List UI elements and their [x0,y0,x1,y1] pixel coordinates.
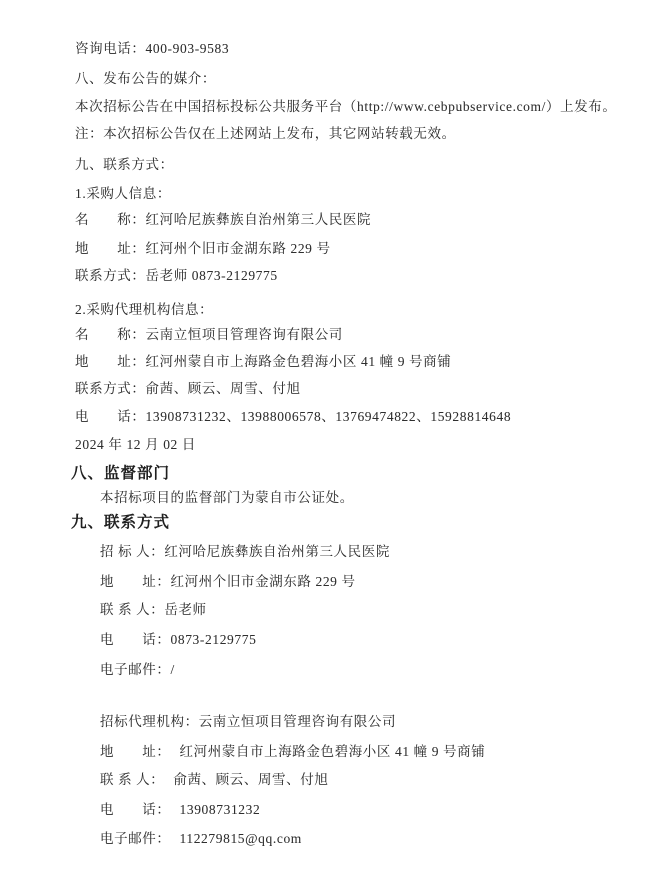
agency-address-row: 地 址：红河州蒙自市上海路金色碧海小区 41 幢 9 号商铺 [75,353,597,371]
document-page: 咨询电话：400-903-9583 八、发布公告的媒介： 本次招标公告在中国招标… [0,0,652,881]
field-value: 红河州个旧市金湖东路 229 号 [146,241,331,256]
field-label: 电子邮件： [100,662,171,677]
field-value: 岳老师 [164,602,206,617]
field-label: 地 址： [75,241,146,256]
field-value: 云南立恒项目管理咨询有限公司 [199,714,396,729]
supervision-heading: 八、监督部门 [71,464,597,484]
agent-email-row: 电子邮件：112279815@qq.com [75,830,597,848]
field-value: 红河州蒙自市上海路金色碧海小区 41 幢 9 号商铺 [146,354,452,369]
field-value: 红河州蒙自市上海路金色碧海小区 41 幢 9 号商铺 [180,744,486,759]
field-label: 联系方式： [75,381,146,396]
field-value: 13908731232 [180,802,261,817]
field-label: 电 话： [75,409,146,424]
tenderer-name-row: 招 标 人：红河哈尼族彝族自治州第三人民医院 [75,543,597,561]
field-label: 招 标 人： [100,544,164,559]
field-label: 地 址： [100,574,171,589]
field-value: 红河哈尼族彝族自治州第三人民医院 [146,212,372,227]
supervision-body: 本招标项目的监督部门为蒙自市公证处。 [75,489,597,507]
field-value: 红河哈尼族彝族自治州第三人民医院 [164,544,390,559]
purchaser-name-row: 名 称：红河哈尼族彝族自治州第三人民医院 [75,211,597,229]
field-value: 112279815@qq.com [180,831,302,846]
document-content: 咨询电话：400-903-9583 八、发布公告的媒介： 本次招标公告在中国招标… [0,40,652,848]
agency-info-title: 2.采购代理机构信息： [75,301,597,319]
field-value: 俞茜、顾云、周雪、付旭 [146,381,301,396]
agency-name-row: 名 称：云南立恒项目管理咨询有限公司 [75,326,597,344]
media-note-line: 注：本次招标公告仅在上述网站上发布，其它网站转载无效。 [75,125,597,143]
tenderer-phone-row: 电 话：0873-2129775 [75,631,597,649]
field-label: 联 系 人： [100,772,164,787]
field-label: 名 称： [75,327,146,342]
media-announcement-line: 本次招标公告在中国招标投标公共服务平台（http://www.cebpubser… [75,98,597,116]
agency-phone-row: 电 话：13908731232、13988006578、13769474822、… [75,408,597,426]
field-label: 电子邮件： [100,831,171,846]
field-label: 招标代理机构： [100,714,199,729]
field-label: 电 话： [100,632,171,647]
field-label: 电 话： [100,802,171,817]
tenderer-email-row: 电子邮件：/ [75,661,597,679]
consult-phone-line: 咨询电话：400-903-9583 [75,40,597,58]
contact2-heading: 九、联系方式 [71,513,597,533]
purchaser-contact-row: 联系方式：岳老师 0873-2129775 [75,267,597,285]
purchaser-address-row: 地 址：红河州个旧市金湖东路 229 号 [75,240,597,258]
field-label: 联系方式： [75,268,146,283]
agent-contact-person-row: 联 系 人：俞茜、顾云、周雪、付旭 [75,771,597,789]
field-value: 0873-2129775 [171,632,257,647]
field-label: 地 址： [100,744,171,759]
field-value: 13908731232、13988006578、13769474822、1592… [146,409,512,424]
field-label: 联 系 人： [100,602,164,617]
field-value: 岳老师 0873-2129775 [146,268,278,283]
field-value: 云南立恒项目管理咨询有限公司 [146,327,343,342]
field-value: 红河州个旧市金湖东路 229 号 [171,574,356,589]
field-label: 名 称： [75,212,146,227]
purchaser-info-title: 1.采购人信息： [75,185,597,203]
media-section-heading: 八、发布公告的媒介： [75,70,597,88]
agency-contact-row: 联系方式：俞茜、顾云、周雪、付旭 [75,380,597,398]
announcement-date: 2024 年 12 月 02 日 [75,436,597,454]
agent-org-row: 招标代理机构：云南立恒项目管理咨询有限公司 [75,713,597,731]
field-value: / [171,662,175,677]
agent-phone-row: 电 话：13908731232 [75,801,597,819]
field-label: 地 址： [75,354,146,369]
tenderer-contact-person-row: 联 系 人：岳老师 [75,601,597,619]
field-value: 俞茜、顾云、周雪、付旭 [173,772,328,787]
tenderer-address-row: 地 址：红河州个旧市金湖东路 229 号 [75,573,597,591]
contact-section-heading: 九、联系方式： [75,156,597,174]
agent-address-row: 地 址：红河州蒙自市上海路金色碧海小区 41 幢 9 号商铺 [75,743,597,761]
